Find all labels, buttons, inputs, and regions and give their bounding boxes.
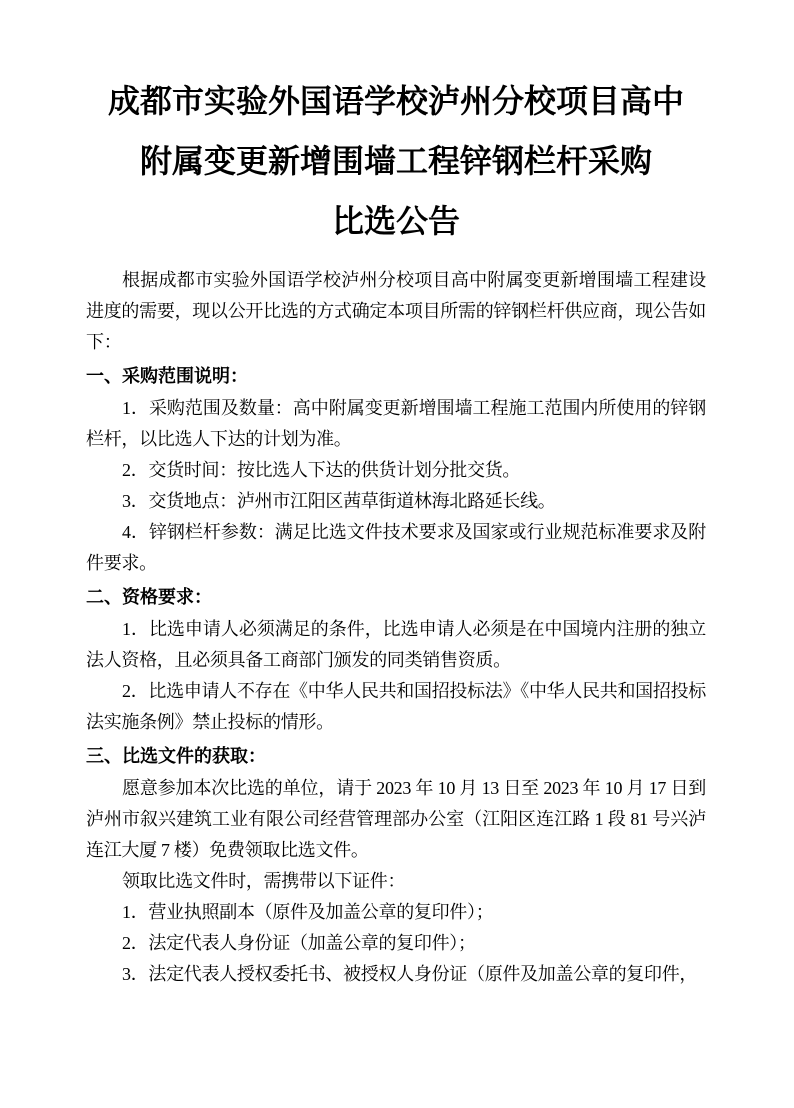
section-1-item-1: 1．采购范围及数量：高中附属变更新增围墙工程施工范围内所使用的锌钢栏杆，以比选人… [86, 393, 706, 455]
section-3-heading: 三、比选文件的获取： [86, 741, 706, 772]
section-3-cert-item-3: 3．法定代表人授权委托书、被授权人身份证（原件及加盖公章的复印件， [86, 959, 706, 990]
section-3-paragraph-2: 领取比选文件时，需携带以下证件： [86, 866, 706, 897]
title-line-1: 成都市实验外国语学校泸州分校项目高中 [86, 71, 706, 131]
section-1-item-4: 4．锌钢栏杆参数：满足比选文件技术要求及国家或行业规范标准要求及附件要求。 [86, 517, 706, 579]
document-body: 根据成都市实验外国语学校泸州分校项目高中附属变更新增围墙工程建设进度的需要，现以… [86, 265, 706, 990]
section-3-cert-item-1: 1．营业执照副本（原件及加盖公章的复印件）； [86, 897, 706, 928]
section-3-paragraph-1: 愿意参加本次比选的单位，请于 2023 年 10 月 13 日至 2023 年 … [86, 773, 706, 866]
document-page: 成都市实验外国语学校泸州分校项目高中 附属变更新增围墙工程锌钢栏杆采购 比选公告… [0, 0, 794, 1108]
section-1-item-3: 3．交货地点：泸州市江阳区茜草街道林海北路延长线。 [86, 486, 706, 517]
section-2-item-1: 1．比选申请人必须满足的条件，比选申请人必须是在中国境内注册的独立法人资格，且必… [86, 614, 706, 676]
section-1-heading: 一、采购范围说明： [86, 361, 706, 392]
intro-paragraph: 根据成都市实验外国语学校泸州分校项目高中附属变更新增围墙工程建设进度的需要，现以… [86, 265, 706, 358]
title-line-3: 比选公告 [86, 191, 706, 251]
section-2-item-2: 2．比选申请人不存在《中华人民共和国招投标法》《中华人民共和国招投标法实施条例》… [86, 676, 706, 738]
section-2-heading: 二、资格要求： [86, 582, 706, 613]
section-1-item-2: 2．交货时间：按比选人下达的供货计划分批交货。 [86, 455, 706, 486]
section-3-cert-item-2: 2．法定代表人身份证（加盖公章的复印件）； [86, 928, 706, 959]
title-line-2: 附属变更新增围墙工程锌钢栏杆采购 [86, 131, 706, 191]
document-title: 成都市实验外国语学校泸州分校项目高中 附属变更新增围墙工程锌钢栏杆采购 比选公告 [86, 71, 706, 251]
